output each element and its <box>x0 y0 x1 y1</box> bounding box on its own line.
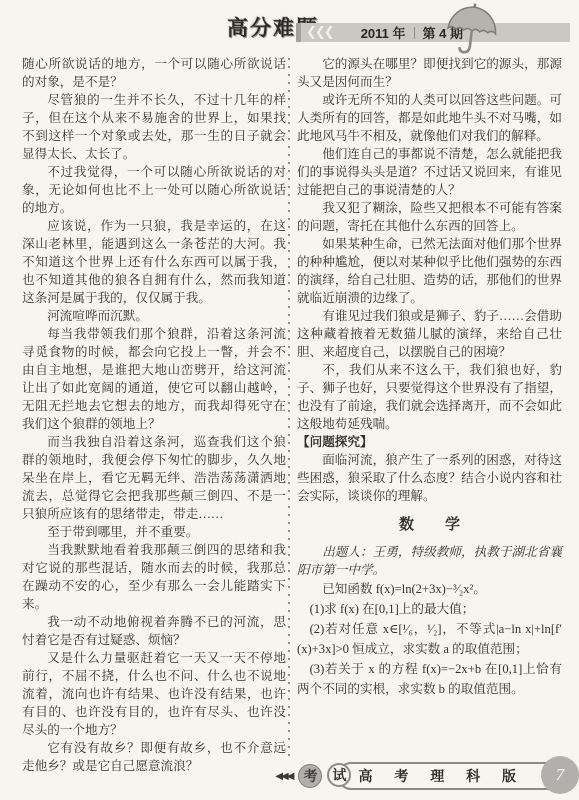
paragraph: 又是什么力量驱赶着它一天又一天不停地前行，不屈不挠，什么也不问、什么也不说地流着… <box>22 649 286 739</box>
paragraph: 面临河流，狼产生了一系列的困惑，对待这些困惑，狼采取了什么态度？结合小说内容和社… <box>297 451 562 505</box>
paragraph: 不过我觉得，一个可以随心所欲说话的对象，无论如何也比不上一处可以随心所欲说话的地… <box>22 163 286 217</box>
series-title-box: 试 高 考 理 科 版 7 <box>338 762 573 790</box>
paragraph: 应该说，作为一只狼，我是幸运的，在这深山老林里，能遇到这么一条苍茫的大河。我不知… <box>22 217 286 307</box>
section-heading: 【问题探究】 <box>297 433 562 451</box>
paragraph: 已知函数 f(x)=ln(2+3x)−³⁄₂x²。 <box>297 579 562 599</box>
paragraph: 随心所欲说话的地方，一个可以随心所欲说话的对象，是不是？ <box>22 55 286 91</box>
left-column: 随心所欲说话的地方，一个可以随心所欲说话的对象，是不是？尽管狼的一生并不长久，不… <box>22 55 286 775</box>
paragraph: 它有没有故乡？即便有故乡，也不介意远走他乡？或是它自己愿意流浪？ <box>22 739 286 775</box>
shi-badge: 试 <box>327 763 351 787</box>
paragraph: (1)求 f(x) 在[0,1]上的最大值； <box>297 599 562 619</box>
paragraph: 出题人：王勇，特级教师，执教于湖北省襄阳市第一中学。 <box>297 543 562 579</box>
paragraph: 我一动不动地俯视着奔腾不已的河流，思忖着它是否有过疑惑、烦恼？ <box>22 613 286 649</box>
right-column: 它的源头在哪里？即便找到它的源头，那源头又是因何而生？或许无所不知的人类可以回答… <box>297 55 562 699</box>
umbrella-icon <box>438 0 506 61</box>
page-footer: ◀◀◀ 考 试 高 考 理 科 版 7 <box>275 756 573 796</box>
paragraph: (3)若关于 x 的方程 f(x)=−2x+b 在[0,1]上恰有两个不同的实根… <box>297 659 562 699</box>
chevrons-icon: ❮❮❮ <box>306 25 333 40</box>
issue-year: 2011 年 <box>361 23 406 42</box>
paragraph: 我又犯了糊涂，险些又把根本不可能有答案的问题，寄托在其他什么东西的回答上。 <box>297 199 562 235</box>
paragraph: 当我默默地看着我那颠三倒四的思绪和我对它说的那些混话，随水而去的时候，我那总在躁… <box>22 541 286 613</box>
paragraph: 不，我们从来不这么干，我们狼也好，豹子、狮子也好，只要觉得这个世界没有了指望，也… <box>297 361 562 433</box>
paragraph: 河流喧哗而沉默。 <box>22 307 286 325</box>
paragraph: 有谁见过我们狼或是狮子、豹子……会借助这种藏着掖着无数猫儿腻的演绎，来给自己壮胆… <box>297 307 562 361</box>
paragraph: 至于带到哪里，并不重要。 <box>22 523 286 541</box>
issue-bar: ❮❮❮ 2011 年 第 4 期 <box>296 23 570 42</box>
paragraph: 尽管狼的一生并不长久，不过十几年的样子，但在这个从来不易施舍的世界上，如果找不到… <box>22 91 286 163</box>
paragraph: (2)若对任意 x∈[¹⁄₆，¹⁄₂]，不等式|a−ln x|+ln[f′(x)… <box>297 619 562 659</box>
kao-badge: 考 <box>298 764 322 788</box>
series-title: 高 考 理 科 版 <box>358 766 525 786</box>
paragraph: 每当我带领我们那个狼群，沿着这条河流寻觅食物的时候，都会向它投上一瞥，并会不由自… <box>22 325 286 433</box>
bar-end-cap <box>296 23 301 42</box>
page-number-badge: 7 <box>541 756 579 794</box>
paragraph: 他们连自己的事都说不清楚，怎么就能把我们的事说得头头是道？不过话又说回来，有谁见… <box>297 145 562 199</box>
paragraph: 或许无所不知的人类可以回答这些问题。可人类所有的回答，都是如此地牛头不对马嘴，如… <box>297 91 562 145</box>
section-heading: 数 学 <box>297 516 562 534</box>
paragraph: 而当我独自沿着这条河，巡查我们这个狼群的领地时，我便会停下匆忙的脚步，久久地呆坐… <box>22 433 286 523</box>
column-divider <box>288 58 290 760</box>
issue-divider <box>414 27 415 39</box>
back-arrows-icon: ◀◀◀ <box>275 771 292 782</box>
magazine-page: 高分难题 ❮❮❮ 2011 年 第 4 期 随心所欲说话的地方，一个可以随心所欲… <box>0 0 579 800</box>
paragraph: 如果某种生命，已然无法面对他们那个世界的种种尴尬，便以对某种似乎比他们强势的东西… <box>297 235 562 307</box>
paragraph: 它的源头在哪里？即便找到它的源头，那源头又是因何而生？ <box>297 55 562 91</box>
